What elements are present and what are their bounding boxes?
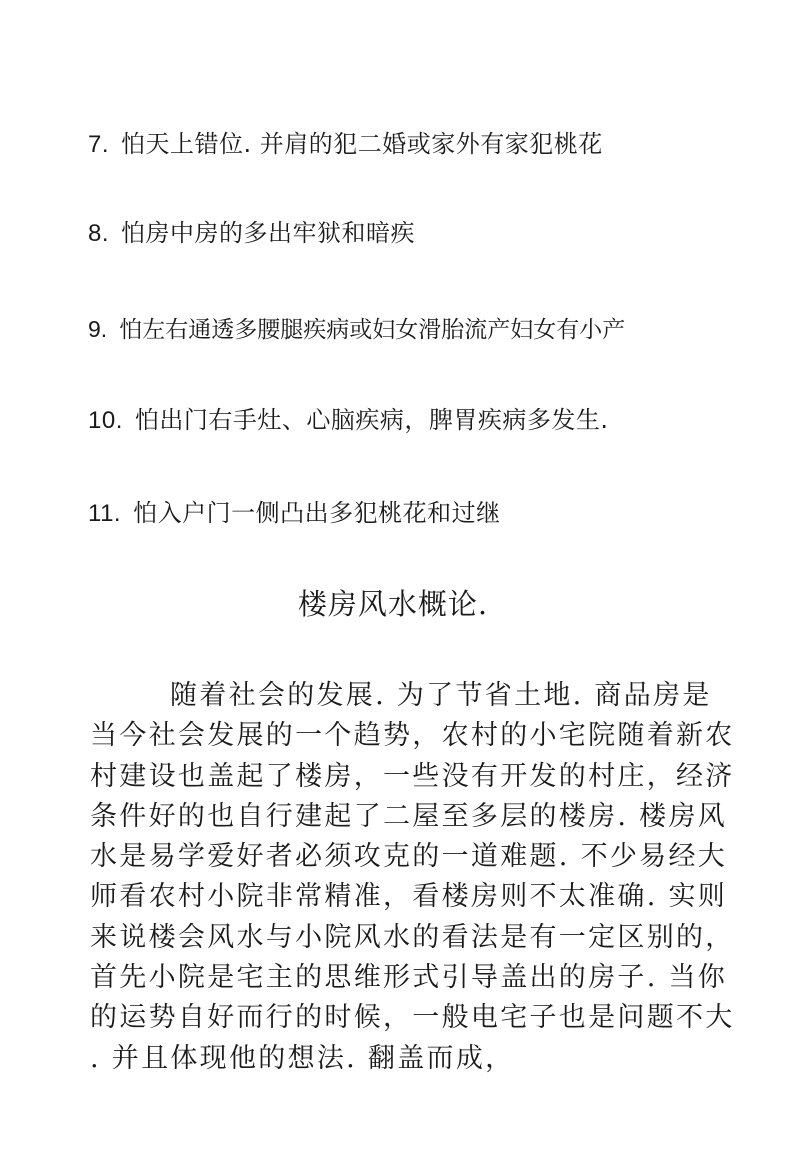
paragraph-line: 的运势自好而行的时候，一般电宅子也是问题不大 [90,998,695,1038]
paragraph-line: 当今社会发展的一个趋势，农村的小宅院随着新农 [90,716,695,756]
list-number: 8. [88,220,109,247]
paragraph-line: 首先小院是宅主的思维形式引导盖出的房子. 当你 [90,958,695,998]
document-page: 7.怕天上错位. 并肩的犯二婚或家外有家犯桃花 8.怕房中房的多出牢狱和暗疾 9… [0,0,786,1155]
list-item-9: 9.怕左右通透多腰腿疾病或妇女滑胎流产妇女有小产 [88,314,625,345]
list-number: 9. [88,316,107,342]
list-item-8: 8.怕房中房的多出牢狱和暗疾 [88,218,415,249]
list-number: 7. [88,131,109,158]
paragraph-line: 师看农村小院非常精准，看楼房则不太准确. 实则 [90,877,695,917]
list-text: 怕出门右手灶、心脑疾病，脾胃疾病多发生. [135,406,609,434]
list-item-7: 7.怕天上错位. 并肩的犯二婚或家外有家犯桃花 [88,129,603,160]
list-text: 怕入户门一侧凸出多犯桃花和过继 [133,499,501,527]
list-text: 怕天上错位. 并肩的犯二婚或家外有家犯桃花 [121,130,603,158]
list-item-10: 10.怕出门右手灶、心脑疾病，脾胃疾病多发生. [88,405,609,436]
list-number: 11. [88,500,121,527]
paragraph-line: 村建设也盖起了楼房，一些没有开发的村庄，经济 [90,757,695,797]
list-number: 10. [88,407,123,434]
paragraph-line: . 并且体现他的想法. 翻盖而成， [90,1039,695,1079]
paragraph-line: 条件好的也自行建起了二屋至多层的楼房. 楼房风 [90,797,695,837]
section-heading: 楼房风水概论. [0,586,786,622]
paragraph-line: 水是易学爱好者必须攻克的一道难题. 不少易经大 [90,837,695,877]
list-text: 怕左右通透多腰腿疾病或妇女滑胎流产妇女有小产 [119,317,625,343]
list-text: 怕房中房的多出牢狱和暗疾 [121,219,415,247]
list-item-11: 11.怕入户门一侧凸出多犯桃花和过继 [88,498,501,529]
paragraph-line: 随着社会的发展. 为了节省土地. 商品房是 [90,676,695,716]
paragraph-line: 来说楼会风水与小院风水的看法是有一定区别的， [90,918,695,958]
body-paragraph: 随着社会的发展. 为了节省土地. 商品房是 当今社会发展的一个趋势，农村的小宅院… [90,676,695,1079]
